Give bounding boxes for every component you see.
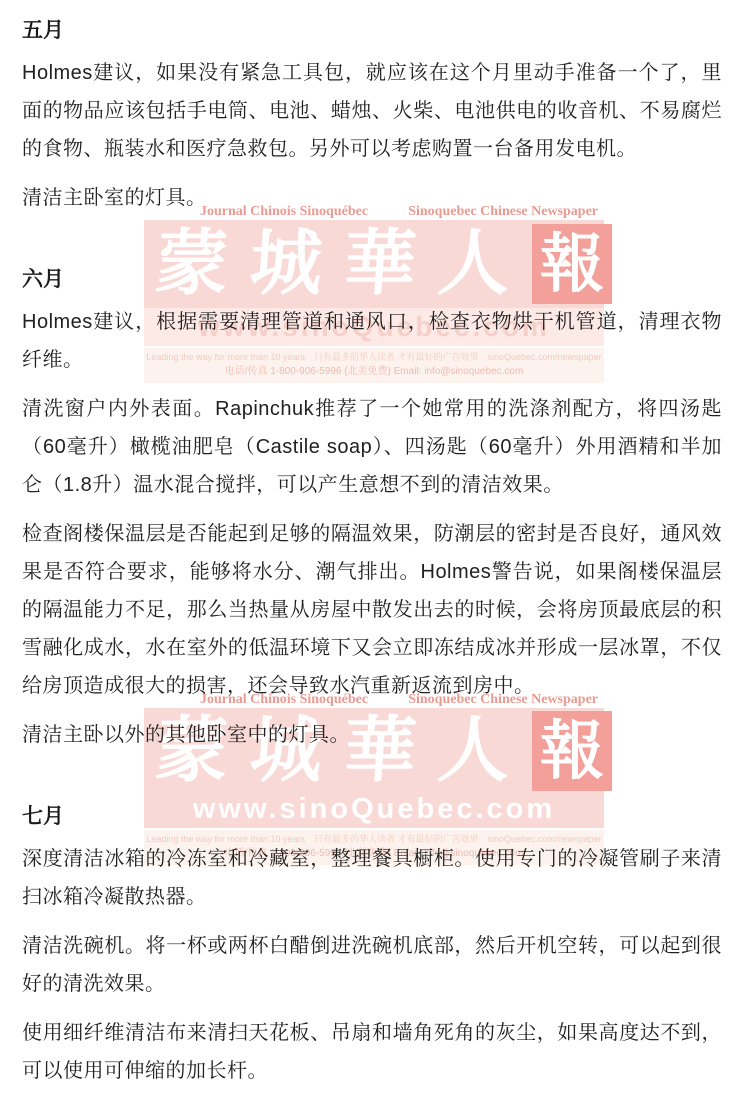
paragraph: 检查阁楼保温层是否能起到足够的隔温效果，防潮层的密封是否良好，通风效果是否符合要… (22, 515, 722, 705)
paragraph: 深度清洁冰箱的冷冻室和冷藏室，整理餐具橱柜。使用专门的冷凝管刷子来清扫冰箱冷凝散… (22, 840, 722, 916)
article-body: 五月Holmes建议，如果没有紧急工具包，就应该在这个月里动手准备一个了，里面的… (0, 0, 744, 1090)
paragraph: Holmes建议，如果没有紧急工具包，就应该在这个月里动手准备一个了，里面的物品… (22, 54, 722, 168)
paragraph: 使用细纤维清洁布来清扫天花板、吊扇和墙角死角的灰尘，如果高度达不到，可以使用可伸… (22, 1014, 722, 1090)
month-heading: 五月 (22, 16, 722, 46)
paragraph: 清洁主卧室的灯具。 (22, 179, 722, 217)
paragraph: Holmes建议，根据需要清理管道和通风口，检查衣物烘干机管道，清理衣物纤维。 (22, 303, 722, 379)
paragraph: 清洁主卧以外的其他卧室中的灯具。 (22, 716, 722, 754)
paragraph: 清洗窗户内外表面。Rapinchuk推荐了一个她常用的洗涤剂配方，将四汤匙（60… (22, 390, 722, 504)
month-heading: 七月 (22, 802, 722, 832)
month-heading: 六月 (22, 265, 722, 295)
paragraph: 清洁洗碗机。将一杯或两杯白醋倒进洗碗机底部，然后开机空转，可以起到很好的清洗效果… (22, 927, 722, 1003)
